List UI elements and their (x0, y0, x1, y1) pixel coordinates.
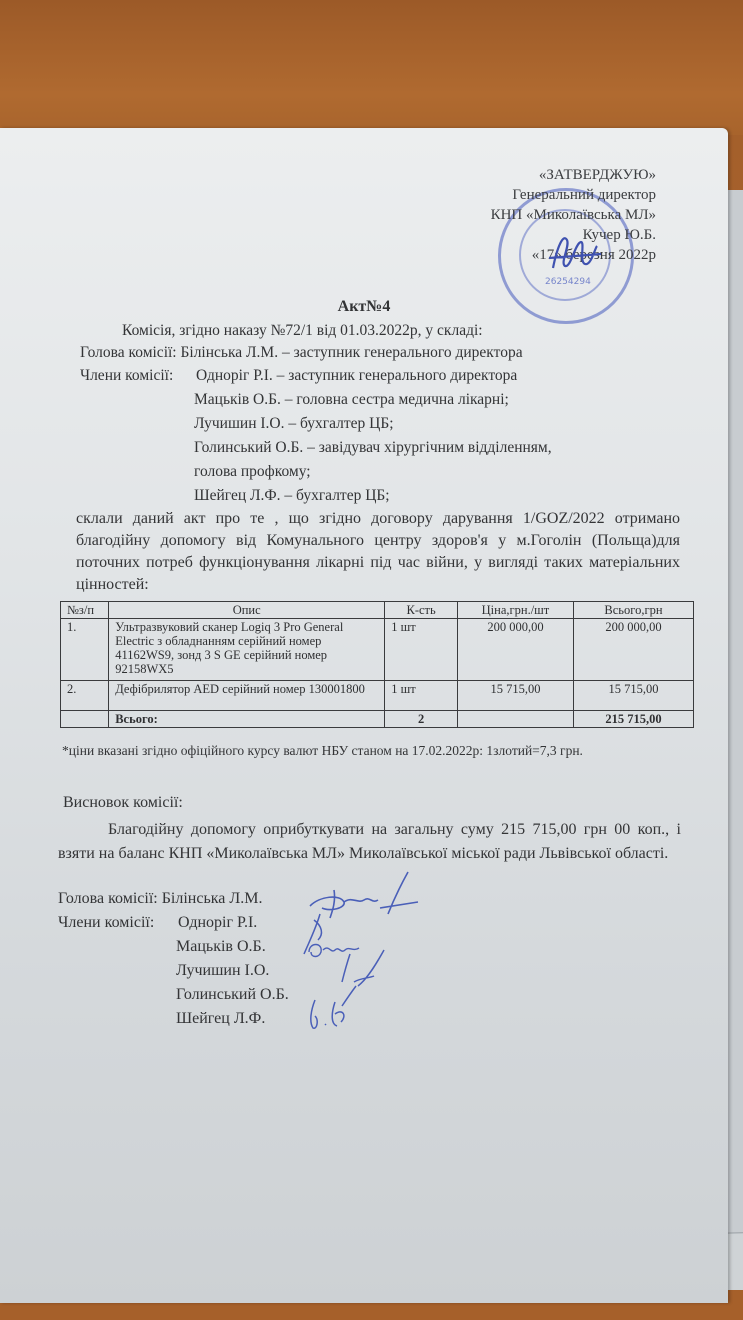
member-5-signature-icon (305, 996, 355, 1032)
exchange-rate-footnote: *ціни вказані згідно офіційного курсу ва… (62, 743, 583, 759)
approval-position: Генеральний директор (491, 185, 656, 205)
row-price: 200 000,00 (458, 619, 574, 681)
col-header-description: Опис (109, 602, 385, 619)
signature-member-4: Голинський О.Б. (176, 984, 289, 1006)
col-header-total: Всього,грн (573, 602, 693, 619)
items-table: №з/п Опис К-сть Ціна,грн./шт Всього,грн … (60, 601, 694, 728)
row-qty: 1 шт (385, 681, 458, 711)
stamp-code: 26254294 (545, 277, 591, 287)
director-signature-icon (545, 228, 605, 278)
member-4: Голинський О.Б. – завідувач хірургічним … (194, 437, 552, 459)
approval-organization: КНП «Миколаївська МЛ» (491, 205, 656, 225)
signature-member-3: Лучишин І.О. (176, 960, 269, 982)
member-3: Лучишин І.О. – бухгалтер ЦБ; (194, 413, 394, 435)
col-header-price: Ціна,грн./шт (458, 602, 574, 619)
summary-total: 215 715,00 (573, 711, 693, 728)
row-total: 15 715,00 (573, 681, 693, 711)
row-number: 1. (61, 619, 109, 681)
signature-member-1: Одноріг Р.І. (178, 912, 257, 934)
summary-empty (61, 711, 109, 728)
commission-chair: Голова комісії: Білінська Л.М. – заступн… (80, 342, 523, 364)
row-qty: 1 шт (385, 619, 458, 681)
signature-member-5: Шейгец Л.Ф. (176, 1008, 265, 1030)
member-4-extra: голова профкому; (194, 461, 311, 483)
summary-price-empty (458, 711, 574, 728)
row-number: 2. (61, 681, 109, 711)
signature-member-2: Мацьків О.Б. (176, 936, 266, 958)
member-2: Мацьків О.Б. – головна сестра медична лі… (194, 389, 509, 411)
row-description: Дефібрилятор AED серійний номер 13000180… (109, 681, 385, 711)
summary-label: Всього: (109, 711, 385, 728)
member-1: Одноріг Р.І. – заступник генерального ди… (196, 365, 517, 387)
members-label: Члени комісії: (80, 365, 173, 387)
row-description: Ультразвуковий сканер Logiq 3 Pro Genera… (109, 619, 385, 681)
conclusion-text: Благодійну допомогу оприбуткувати на заг… (58, 818, 681, 866)
document-page: 26254294 «ЗАТВЕРДЖУЮ» Генеральний директ… (0, 128, 728, 1303)
member-5: Шейгец Л.Ф. – бухгалтер ЦБ; (194, 485, 390, 507)
act-body: склали даний акт про те , що згідно дого… (76, 508, 680, 596)
col-header-qty: К-сть (385, 602, 458, 619)
commission-intro: Комісія, згідно наказу №72/1 від 01.03.2… (122, 320, 483, 342)
table-row: 2. Дефібрилятор AED серійний номер 13000… (61, 681, 694, 711)
summary-qty: 2 (385, 711, 458, 728)
row-total: 200 000,00 (573, 619, 693, 681)
table-header-row: №з/п Опис К-сть Ціна,грн./шт Всього,грн (61, 602, 694, 619)
table-summary-row: Всього: 2 215 715,00 (61, 711, 694, 728)
desk-background (0, 0, 743, 135)
document-title: Акт№4 (0, 298, 728, 316)
table-row: 1. Ультразвуковий сканер Logiq 3 Pro Gen… (61, 619, 694, 681)
conclusion-heading: Висновок комісії: (63, 792, 183, 814)
signature-chair: Голова комісії: Білінська Л.М. (58, 888, 262, 910)
row-price: 15 715,00 (458, 681, 574, 711)
approval-heading: «ЗАТВЕРДЖУЮ» (491, 165, 656, 185)
col-header-number: №з/п (61, 602, 109, 619)
signature-members-label: Члени комісії: (58, 912, 154, 934)
